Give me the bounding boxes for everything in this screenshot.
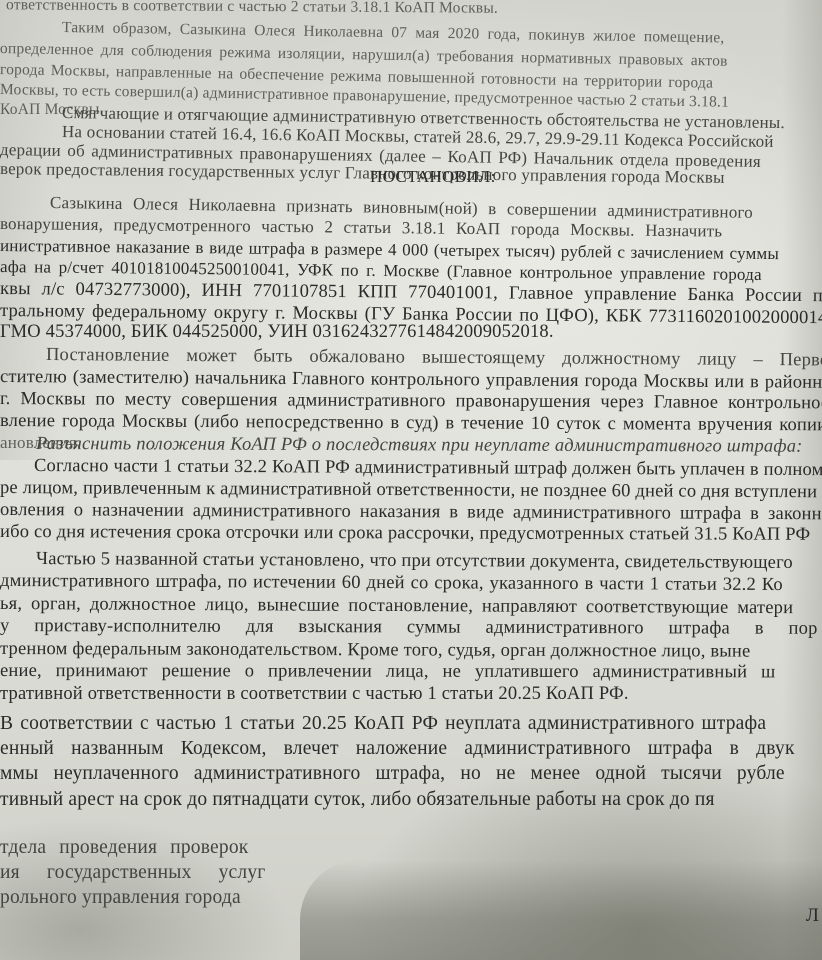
consequences-line-5: Частью 5 названной статьи установлено, ч… — [36, 549, 793, 574]
text-line-top-0: ответственность в соответствии с частью … — [6, 0, 498, 18]
signature-line-1: ия государственных услуг — [0, 862, 265, 884]
appeal-line-2: г. Москвы по месту совершения администра… — [0, 389, 822, 414]
consequences-line-4: ибо со дня истечения срока отсрочки или … — [0, 522, 810, 546]
appeal-line-3: вление города Москвы (либо непосредствен… — [0, 411, 822, 436]
signature-initial: Л — [806, 905, 819, 927]
consequences-line-11: тративной ответственности в соответствии… — [0, 684, 629, 705]
consequences-line-10: ение, принимают решение о привлечении ли… — [0, 661, 776, 683]
penalty-line-3: тивный арест на срок до пятнадцати суток… — [0, 789, 715, 811]
ruling-heading: ПОСТАНОВИЛ: — [370, 167, 496, 187]
consequences-line-1: Согласно части 1 статьи 32.2 КоАП РФ адм… — [34, 456, 822, 481]
penalty-line-2: ммы неуплаченного административного штра… — [0, 763, 785, 785]
ruling-line-6: ГМО 45374000, БИК 044525000, УИН 0316243… — [0, 322, 554, 343]
consequences-line-8: у приставу-исполнителю для взыскания сум… — [0, 616, 818, 640]
consequences-line-2: ре лицом, привлеченным к административно… — [0, 478, 817, 503]
document-photo: ответственность в соответствии с частью … — [0, 0, 822, 960]
consequences-line-7: ья, орган, должностное лицо, вынесшие по… — [0, 594, 793, 619]
penalty-line-0: В соответствии с частью 1 статьи 20.25 К… — [0, 713, 766, 735]
consequences-line-9: тренном федеральным законодательством. К… — [0, 639, 750, 663]
consequences-line-6: дминистративного штрафа, по истечении 60… — [0, 571, 783, 596]
signature-line-2: рольного управления города — [0, 887, 241, 909]
penalty-line-1: енный названным Кодексом, влечет наложен… — [0, 738, 795, 760]
signature-line-0: тдела проведения проверок — [0, 837, 248, 859]
hand-shadow — [300, 860, 822, 960]
consequences-line-0: Разъяснить положения КоАП РФ о последств… — [36, 434, 803, 458]
